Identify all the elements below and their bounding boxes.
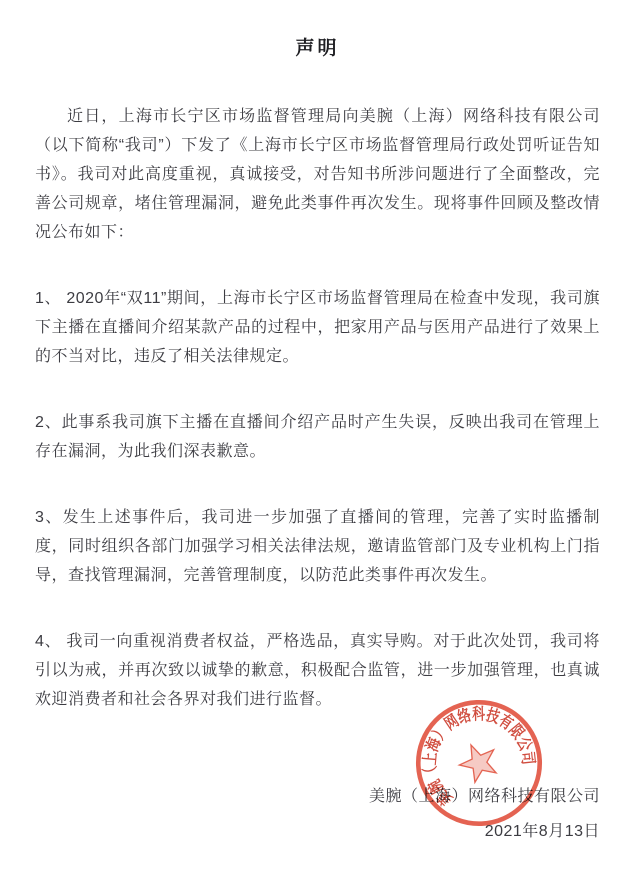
signature-company: 美腕（上海）网络科技有限公司	[35, 782, 600, 811]
list-item-4: 4、 我司一向重视消费者权益，严格选品，真实导购。对于此次处罚，我司将引以为戒，…	[35, 627, 600, 714]
signature-date: 2021年8月13日	[35, 817, 600, 846]
seal-star-icon	[454, 737, 503, 785]
statement-document: 声明 近日，上海市长宁区市场监督管理局向美腕（上海）网络科技有限公司（以下简称“…	[0, 0, 630, 888]
signature-block: 美腕（上海）网络科技有限公司 2021年8月13日	[35, 782, 600, 846]
list-item-3: 3、发生上述事件后，我司进一步加强了直播间的管理，完善了实时监播制度，同时组织各…	[35, 503, 600, 590]
intro-paragraph: 近日，上海市长宁区市场监督管理局向美腕（上海）网络科技有限公司（以下简称“我司”…	[35, 102, 600, 247]
document-title: 声明	[35, 34, 600, 64]
list-item-1: 1、 2020年“双11”期间，上海市长宁区市场监督管理局在检查中发现，我司旗下…	[35, 284, 600, 371]
list-item-2: 2、此事系我司旗下主播在直播间介绍产品时产生失误，反映出我司在管理上存在漏洞，为…	[35, 408, 600, 466]
